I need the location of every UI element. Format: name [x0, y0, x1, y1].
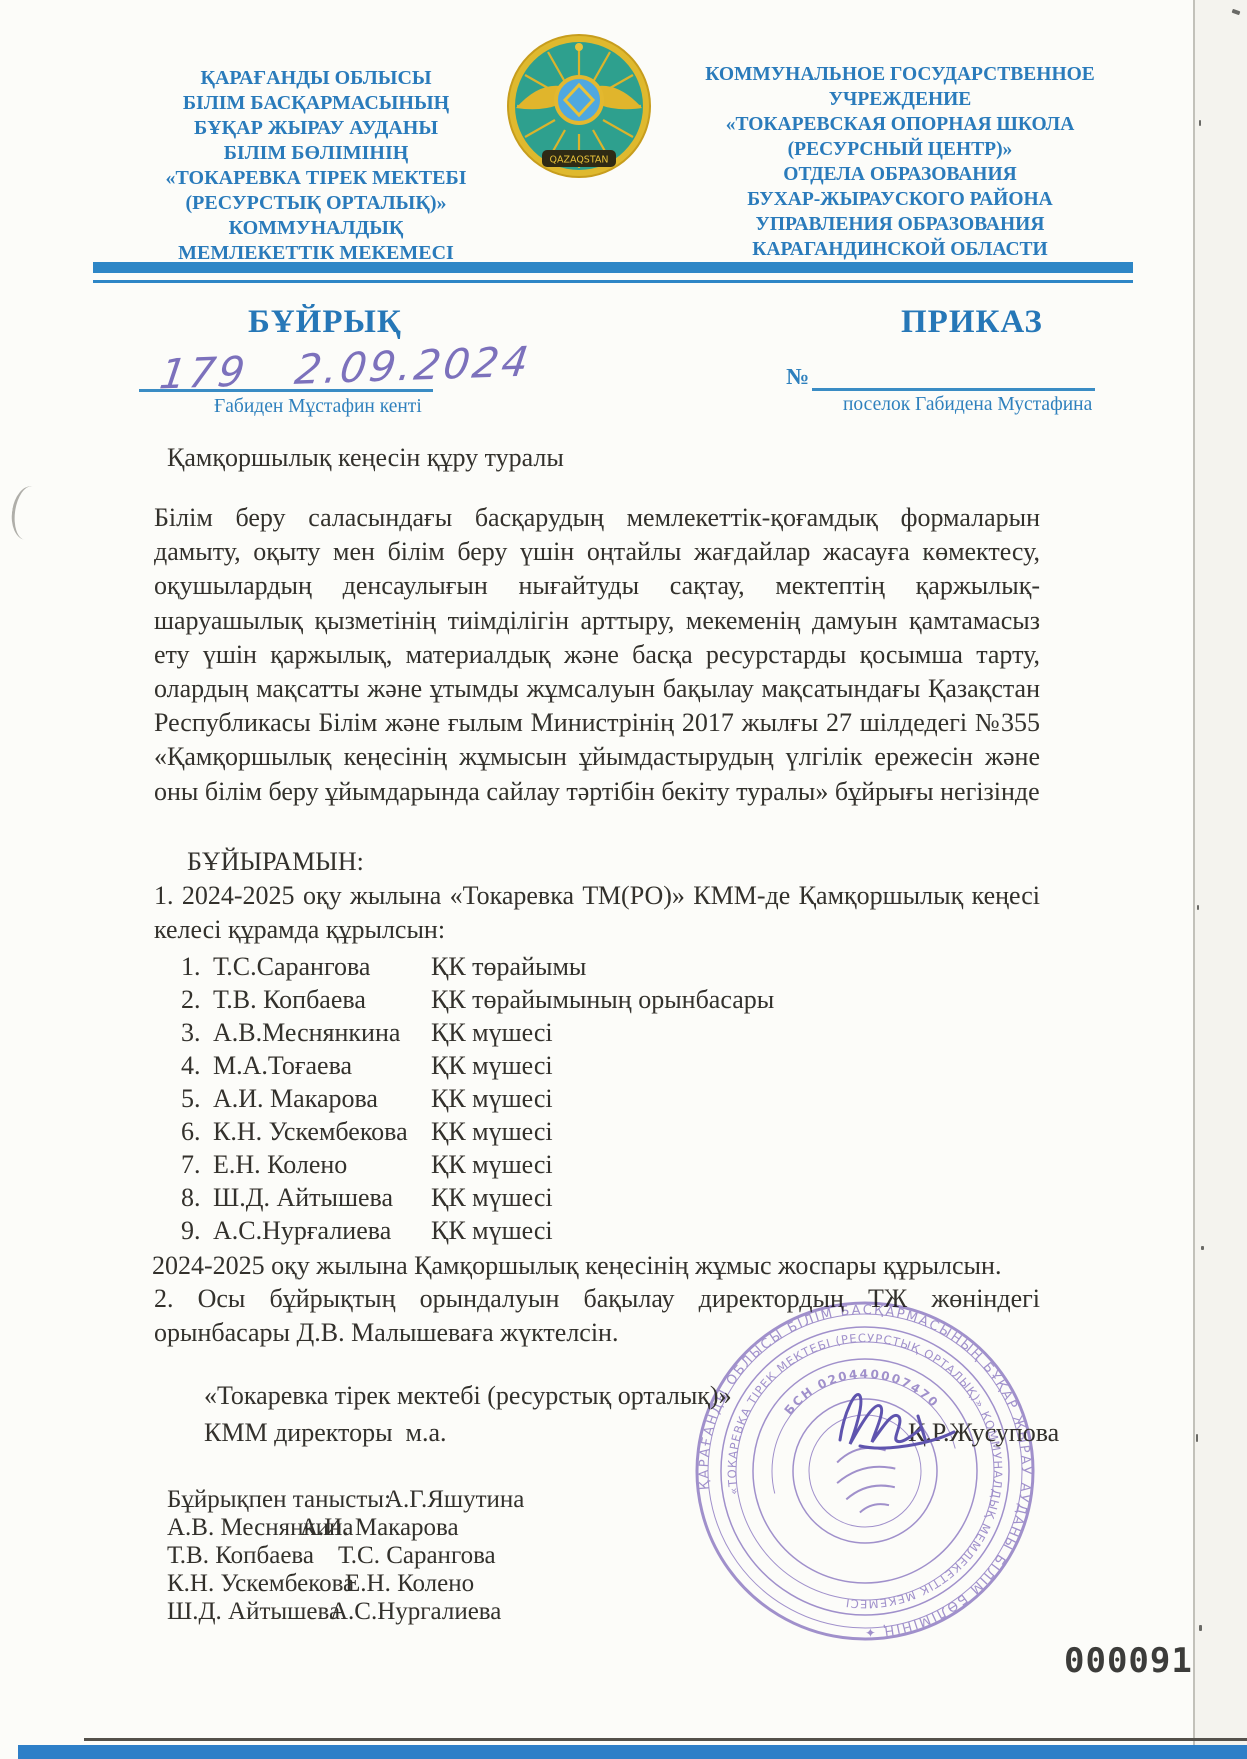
place-label-ru: поселок Габидена Мустафина: [843, 394, 1092, 416]
letterhead-right-line: УПРАВЛЕНИЯ ОБРАЗОВАНИЯ: [688, 212, 1112, 237]
letterhead-right: КОММУНАЛЬНОЕ ГОСУДАРСТВЕННОЕ УЧРЕЖДЕНИЕ …: [688, 62, 1112, 262]
member-row: 5. А.И. Макарова ҚК мүшесі: [181, 1084, 1041, 1114]
letterhead-right-line: БУХАР-ЖЫРАУСКОГО РАЙОНА: [688, 187, 1112, 212]
place-label-kk: Ғабиден Мұстафин кенті: [214, 396, 422, 418]
ack-right: Т.С. Сарангова: [338, 1542, 496, 1570]
member-num: 4.: [181, 1051, 201, 1080]
member-num: 3.: [181, 1018, 201, 1047]
letterhead-left-line: «ТОКАРЕВКА ТІРЕК МЕКТЕБІ: [128, 166, 504, 191]
order-heading-ru: ПРИКАЗ: [901, 304, 1043, 341]
member-role: ҚК төрайымының орынбасары: [431, 985, 774, 1015]
scan-artifact-paren: [8, 484, 48, 542]
ack-row: А.В. Меснянкина А.И. Макарова: [167, 1514, 787, 1542]
resolve-word: БҰЙЫРАМЫН:: [187, 845, 364, 879]
ack-right: А.И. Макарова: [300, 1514, 459, 1542]
member-row: 4. М.А.Тоғаева ҚК мүшесі: [181, 1051, 1041, 1081]
ack-left: Ш.Д. Айтышева: [167, 1598, 340, 1625]
scan-artifact-speck: [1199, 120, 1201, 126]
member-role: ҚК мүшесі: [431, 1150, 553, 1180]
member-row: 7. Е.Н. Колено ҚК мүшесі: [181, 1150, 1041, 1180]
member-name: А.В.Меснянкина: [213, 1018, 400, 1047]
bottom-blue-band: [18, 1745, 1247, 1759]
page-number: 000091: [1064, 1641, 1193, 1681]
scan-artifact-speck: [1197, 905, 1199, 910]
signature-position-line: КММ директоры м.а.: [204, 1416, 447, 1450]
member-name: М.А.Тоғаева: [213, 1051, 352, 1080]
letterhead-left-line: (РЕСУРСТЫҚ ОРТАЛЫҚ)»: [128, 191, 504, 216]
letterhead-left-line: БІЛІМ БӨЛІМІНІҢ: [128, 141, 504, 166]
member-num: 6.: [181, 1117, 201, 1146]
ack-right: А.С.Нургалиева: [330, 1598, 501, 1626]
letterhead-right-line: «ТОКАРЕВСКАЯ ОПОРНАЯ ШКОЛА: [688, 112, 1112, 137]
letterhead-right-line: (РЕСУРСНЫЙ ЦЕНТР)»: [688, 137, 1112, 162]
preamble-paragraph: Білім беру саласындағы басқарудың мемлек…: [154, 501, 1040, 809]
member-row: 6. К.Н. Ускембекова ҚК мүшесі: [181, 1117, 1041, 1147]
order-heading-kk: БҰЙРЫҚ: [248, 304, 402, 341]
order-item-1: 1. 2024-2025 оқу жылына «Токаревка ТМ(РО…: [154, 879, 1040, 947]
emblem-star: [575, 43, 583, 51]
emblem-banner-text: QAZAQSTAN: [550, 155, 609, 166]
separator-thin: [93, 280, 1133, 283]
member-num: 7.: [181, 1150, 201, 1179]
ack-row: Бұйрықпен танысты: А.Г.Яшутина: [167, 1486, 787, 1514]
order-subject: Қамқоршылық кеңесін құру туралы: [167, 441, 564, 475]
ack-left: К.Н. Ускембекова: [167, 1570, 354, 1597]
member-role: ҚК мүшесі: [431, 1051, 553, 1081]
number-underline-kk: [139, 389, 433, 392]
member-row: 1. Т.С.Сарангова ҚК төрайымы: [181, 952, 1041, 982]
separator-thick: [93, 262, 1133, 273]
member-name: К.Н. Ускембекова: [213, 1117, 408, 1146]
member-name: Ш.Д. Айтышева: [213, 1183, 393, 1212]
ack-left: Т.В. Копбаева: [167, 1542, 314, 1569]
ack-row: Ш.Д. Айтышева А.С.Нургалиева: [167, 1598, 787, 1626]
ack-right: А.Г.Яшутина: [385, 1486, 524, 1514]
letterhead-left-line: БІЛІМ БАСҚАРМАСЫНЫҢ: [128, 91, 504, 116]
member-name: А.С.Нурғалиева: [213, 1216, 391, 1245]
member-role: ҚК төрайымы: [431, 952, 586, 982]
number-sign: №: [786, 364, 809, 390]
member-row: 3. А.В.Меснянкина ҚК мүшесі: [181, 1018, 1041, 1048]
member-role: ҚК мүшесі: [431, 1216, 553, 1246]
member-role: ҚК мүшесі: [431, 1084, 553, 1114]
scan-artifact-speck: [1199, 1625, 1202, 1631]
member-row: 8. Ш.Д. Айтышева ҚК мүшесі: [181, 1183, 1041, 1213]
letterhead-right-line: КАРАГАНДИНСКОЙ ОБЛАСТИ: [688, 237, 1112, 262]
member-num: 2.: [181, 985, 201, 1014]
ack-row: Т.В. Копбаева Т.С. Сарангова: [167, 1542, 787, 1570]
letterhead-left-line: БҰҚАР ЖЫРАУ АУДАНЫ: [128, 116, 504, 141]
letterhead-right-line: УЧРЕЖДЕНИЕ: [688, 87, 1112, 112]
scan-artifact-speck: [1196, 1434, 1198, 1442]
letterhead-left: ҚАРАҒАНДЫ ОБЛЫСЫ БІЛІМ БАСҚАРМАСЫНЫҢ БҰҚ…: [128, 66, 504, 266]
member-name: Т.В. Копбаева: [213, 985, 366, 1014]
letterhead-right-line: ОТДЕЛА ОБРАЗОВАНИЯ: [688, 162, 1112, 187]
member-num: 1.: [181, 952, 201, 981]
number-underline-ru: [812, 388, 1095, 391]
scan-edge-strip: [1195, 0, 1247, 1745]
member-row: 2. Т.В. Копбаева ҚК төрайымының орынбаса…: [181, 985, 1041, 1015]
member-role: ҚК мүшесі: [431, 1018, 553, 1048]
member-num: 8.: [181, 1183, 201, 1212]
director-signature-icon: [830, 1382, 965, 1460]
kazakhstan-coat-of-arms-icon: QAZAQSTAN: [504, 34, 654, 186]
member-name: А.И. Макарова: [213, 1084, 378, 1113]
ack-left: Бұйрықпен танысты:: [167, 1486, 391, 1513]
member-num: 9.: [181, 1216, 201, 1245]
member-role: ҚК мүшесі: [431, 1117, 553, 1147]
scan-artifact-speck: [1201, 1246, 1204, 1250]
member-row: 9. А.С.Нурғалиева ҚК мүшесі: [181, 1216, 1041, 1246]
letterhead-left-line: КОММУНАЛДЫҚ: [128, 216, 504, 241]
letterhead-right-line: КОММУНАЛЬНОЕ ГОСУДАРСТВЕННОЕ: [688, 62, 1112, 87]
page-bottom-edge-line: [84, 1738, 1247, 1741]
ack-right: Е.Н. Колено: [345, 1570, 474, 1598]
scan-edge-line: [1193, 0, 1195, 1745]
plan-line: 2024-2025 оқу жылына Қамқоршылық кеңесін…: [152, 1249, 1001, 1283]
ack-row: К.Н. Ускембекова Е.Н. Колено: [167, 1570, 787, 1598]
member-role: ҚК мүшесі: [431, 1183, 553, 1213]
signature-org-line: «Токаревка тірек мектебі (ресурстық орта…: [204, 1379, 732, 1413]
letterhead-left-line: ҚАРАҒАНДЫ ОБЛЫСЫ: [128, 66, 504, 91]
member-name: Е.Н. Колено: [213, 1150, 347, 1179]
member-name: Т.С.Сарангова: [213, 952, 370, 981]
member-num: 5.: [181, 1084, 201, 1113]
scanned-order-document: ҚАРАҒАНДЫ ОБЛЫСЫ БІЛІМ БАСҚАРМАСЫНЫҢ БҰҚ…: [0, 0, 1247, 1759]
